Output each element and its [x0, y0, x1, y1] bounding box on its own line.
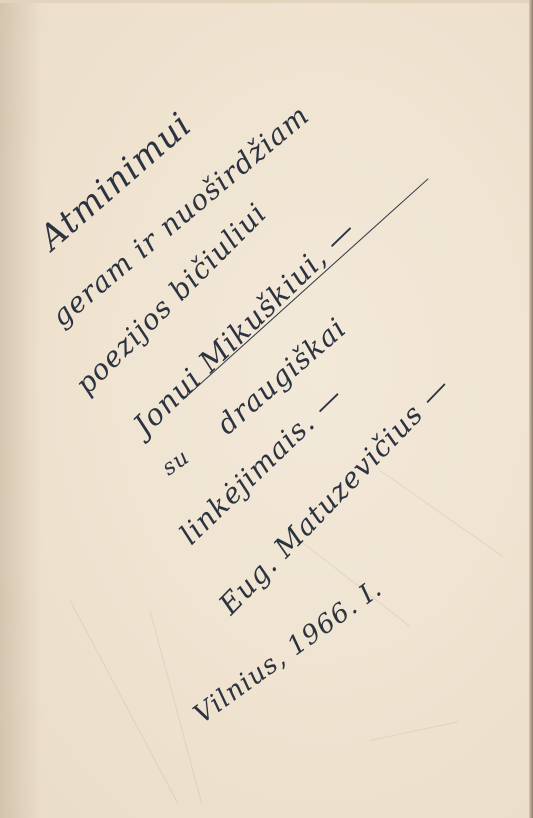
- handwritten-inscription: Atminimui geram ir nuoširdžiam poezijos …: [0, 0, 533, 818]
- inscription-line-6: su: [158, 445, 195, 481]
- book-page: Atminimui geram ir nuoširdžiam poezijos …: [0, 0, 533, 818]
